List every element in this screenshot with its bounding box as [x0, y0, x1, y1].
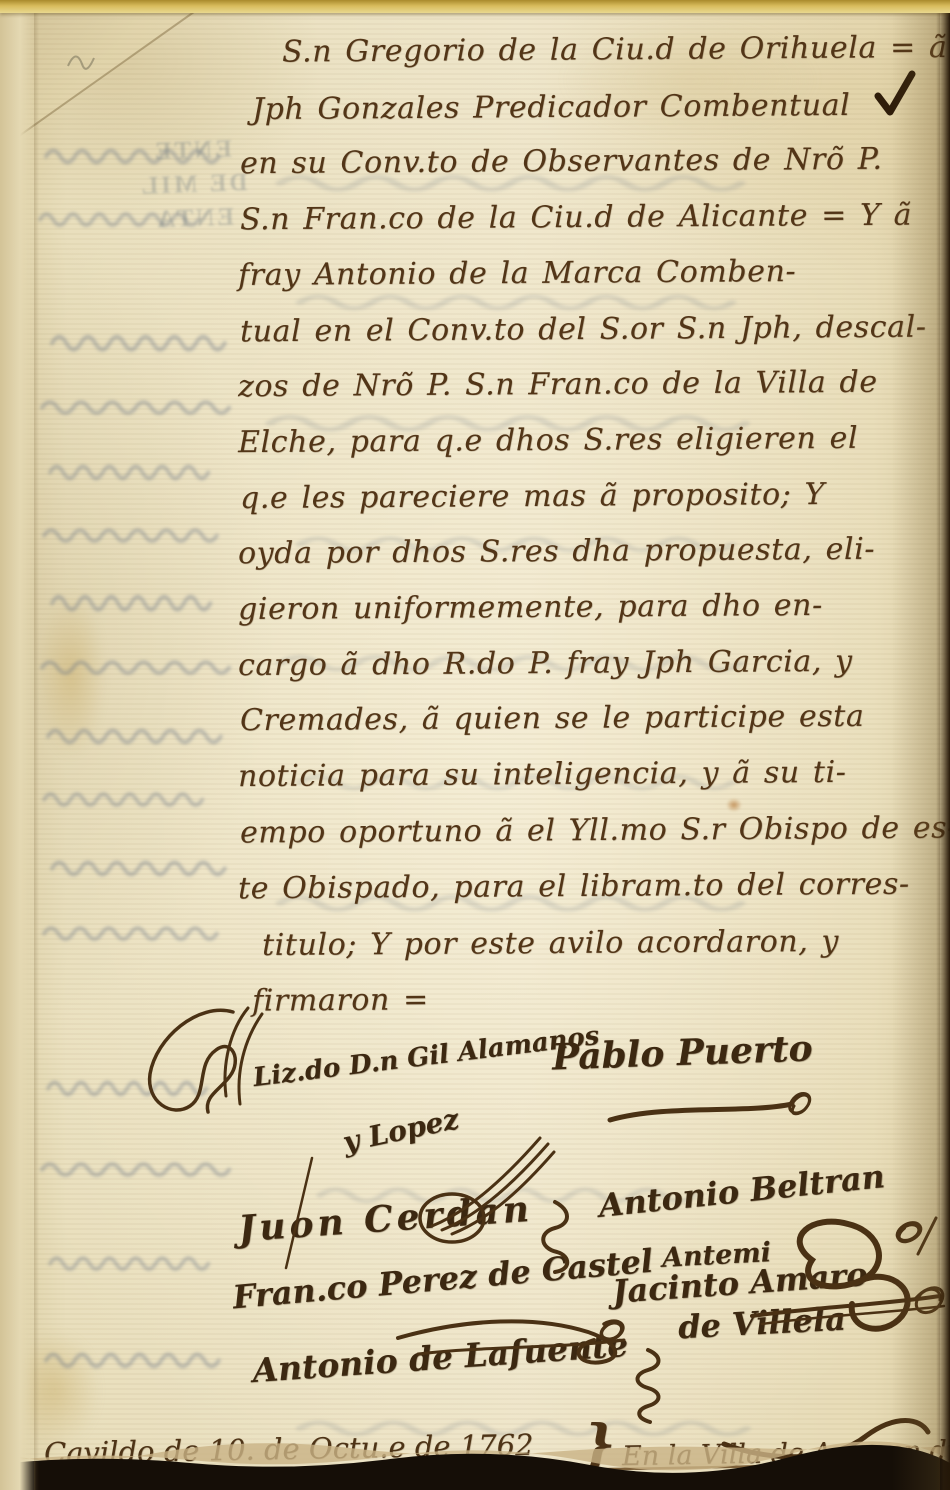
signature-antonio-beltran: Antonio Beltran — [597, 1157, 887, 1225]
signature-pablo-puerto: Pablo Puerto — [551, 1027, 813, 1078]
seal-line: DE MIL — [127, 166, 258, 205]
manuscript-line: q.e les pareciere mas ã proposito; Y — [240, 477, 825, 516]
seal-line: ENTE — [126, 132, 257, 171]
manuscript-line: Cremades, ã quien se le participe esta — [240, 699, 865, 738]
manuscript-line: S.n Fran.co de la Ciu.d de Alicante = Y … — [240, 198, 912, 238]
manuscript-line: en su Conv.to de Observantes de Nrõ P. — [240, 142, 883, 181]
manuscript-line: gieron uniformemente, para dho en- — [238, 588, 823, 627]
manuscript-line: titulo; Y por este avilo acordaron, y — [262, 924, 839, 963]
manuscript-line: empo oportuno ã el Yll.mo S.r Obispo de … — [240, 810, 950, 850]
paper-corner-fold — [0, 0, 210, 150]
manuscript-line: cargo ã dho R.do P. fray Jph Garcia, y — [238, 644, 853, 683]
signature-juan-cerdan: Juon Cerdan — [237, 1188, 534, 1250]
footer-place-note: En la Villa de Aspe en diez — [622, 1435, 950, 1472]
manuscript-line: zos de Nrõ P. S.n Fran.co de la Villa de — [238, 365, 878, 404]
manuscript-line: S.n Gregorio de la Ciu.d de Orihuela = ã… — [282, 29, 950, 69]
rubric-flourish-pablo-puerto — [606, 1080, 816, 1140]
paper-stain — [10, 1330, 100, 1450]
manuscript-line: oyda por dhos S.res dha propuesta, eli- — [238, 532, 875, 571]
signature-antonio-lafuente: Antonio de Lafuente — [251, 1325, 629, 1390]
ink-check-mark — [878, 74, 912, 112]
page-seam-left — [34, 0, 39, 1490]
manuscript-line: noticia para su inteligencia, y ã su ti- — [238, 755, 847, 794]
manuscript-scan-page: ENTE DE MIL ENTA S.n Gregorio de la Ciu.… — [0, 0, 950, 1490]
manuscript-line: Jph Gonzales Predicador Combentual — [252, 88, 851, 127]
manuscript-line: te Obispado, para el libram.to del corre… — [238, 867, 910, 907]
paper-stain — [36, 590, 106, 760]
manuscript-line: tual en el Conv.to del S.or S.n Jph, des… — [240, 310, 927, 350]
book-gutter-right — [936, 0, 950, 1490]
manuscript-line: firmaron = — [252, 982, 429, 1018]
manuscript-line: fray Antonio de la Marca Comben- — [238, 254, 796, 293]
paper-stain — [726, 798, 742, 812]
footer-date-note: Cavildo de 10. de Octu.e de 1762 — [44, 1428, 534, 1471]
book-edge-left — [0, 0, 36, 1490]
manuscript-line: Elche, para q.e dhos S.res eligieren el — [238, 421, 858, 460]
book-edge-top — [0, 0, 950, 13]
signature-perez-castel: Fran.co Perez de Castel — [231, 1242, 654, 1317]
ghost-lines-left-margin — [40, 151, 229, 1367]
signature-licenciado: Liz.do D.n Gil Alamanos — [251, 1021, 600, 1093]
signature-de-villela: de Villela — [677, 1300, 847, 1347]
footer-brace: } — [582, 1414, 615, 1475]
signature-y-lopez: y Lopez — [340, 1102, 462, 1159]
